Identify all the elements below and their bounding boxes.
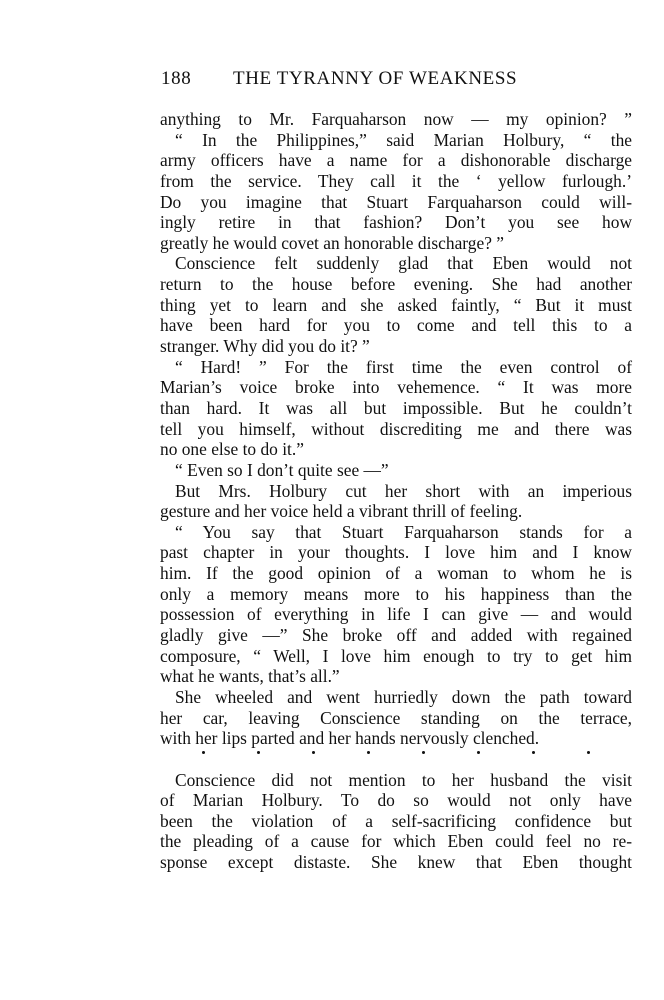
- text-line: thing yet to learn and she asked faintly…: [160, 295, 632, 316]
- text-line: the pleading of a cause for which Eben c…: [160, 831, 632, 852]
- text-line: her car, leaving Conscience standing on …: [160, 708, 632, 729]
- page-body: anything to Mr. Farquaharson now — my op…: [160, 109, 632, 873]
- break-dot: [587, 751, 590, 754]
- text-line: army officers have a name for a dishonor…: [160, 150, 632, 171]
- break-dot: [257, 751, 260, 754]
- text-line: “ Even so I don’t quite see —”: [160, 460, 632, 481]
- text-line: But Mrs. Holbury cut her short with an i…: [160, 481, 632, 502]
- text-line: gesture and her voice held a vibrant thr…: [160, 501, 632, 522]
- text-line: composure, “ Well, I love him enough to …: [160, 646, 632, 667]
- text-line: have been hard for you to come and tell …: [160, 315, 632, 336]
- text-block-before-break: anything to Mr. Farquaharson now — my op…: [160, 109, 632, 749]
- text-line: possession of everything in life I can g…: [160, 604, 632, 625]
- text-line: anything to Mr. Farquaharson now — my op…: [160, 109, 632, 130]
- running-title: THE TYRANNY OF WEAKNESS: [233, 68, 517, 90]
- page-number: 188: [161, 68, 191, 90]
- text-line: “ In the Philippines,” said Marian Holbu…: [160, 130, 632, 151]
- text-line: “ You say that Stuart Farquaharson stand…: [160, 522, 632, 543]
- text-line: only a memory means more to his happines…: [160, 584, 632, 605]
- text-line: with her lips parted and her hands nervo…: [160, 728, 632, 749]
- text-line: tell you himself, without discrediting m…: [160, 419, 632, 440]
- text-line: from the service. They call it the ‘ yel…: [160, 171, 632, 192]
- text-line: no one else to do it.”: [160, 439, 632, 460]
- break-dot: [367, 751, 370, 754]
- text-line: Marian’s voice broke into vehemence. “ I…: [160, 377, 632, 398]
- break-dot: [202, 751, 205, 754]
- break-dot: [312, 751, 315, 754]
- text-line: stranger. Why did you do it? ”: [160, 336, 632, 357]
- text-line: Conscience felt suddenly glad that Eben …: [160, 253, 632, 274]
- text-line: “ Hard! ” For the first time the even co…: [160, 357, 632, 378]
- text-line: gladly give —” She broke off and added w…: [160, 625, 632, 646]
- text-line: Conscience did not mention to her husban…: [160, 770, 632, 791]
- text-line: of Marian Holbury. To do so would not on…: [160, 790, 632, 811]
- text-line: Do you imagine that Stuart Farquaharson …: [160, 192, 632, 213]
- break-dot: [477, 751, 480, 754]
- text-line: past chapter in your thoughts. I love hi…: [160, 542, 632, 563]
- section-break-dots: [160, 749, 632, 770]
- text-line: sponse except distaste. She knew that Eb…: [160, 852, 632, 873]
- text-line: what he wants, that’s all.”: [160, 666, 632, 687]
- text-block-after-break: Conscience did not mention to her husban…: [160, 770, 632, 873]
- text-line: him. If the good opinion of a woman to w…: [160, 563, 632, 584]
- text-line: greatly he would covet an honorable disc…: [160, 233, 632, 254]
- text-line: than hard. It was all but impossible. Bu…: [160, 398, 632, 419]
- text-line: return to the house before evening. She …: [160, 274, 632, 295]
- break-dot: [532, 751, 535, 754]
- text-line: been the violation of a self-sacrificing…: [160, 811, 632, 832]
- text-line: She wheeled and went hurriedly down the …: [160, 687, 632, 708]
- break-dot: [422, 751, 425, 754]
- text-line: ingly retire in that fashion? Don’t you …: [160, 212, 632, 233]
- running-header: 188 THE TYRANNY OF WEAKNESS: [160, 68, 632, 94]
